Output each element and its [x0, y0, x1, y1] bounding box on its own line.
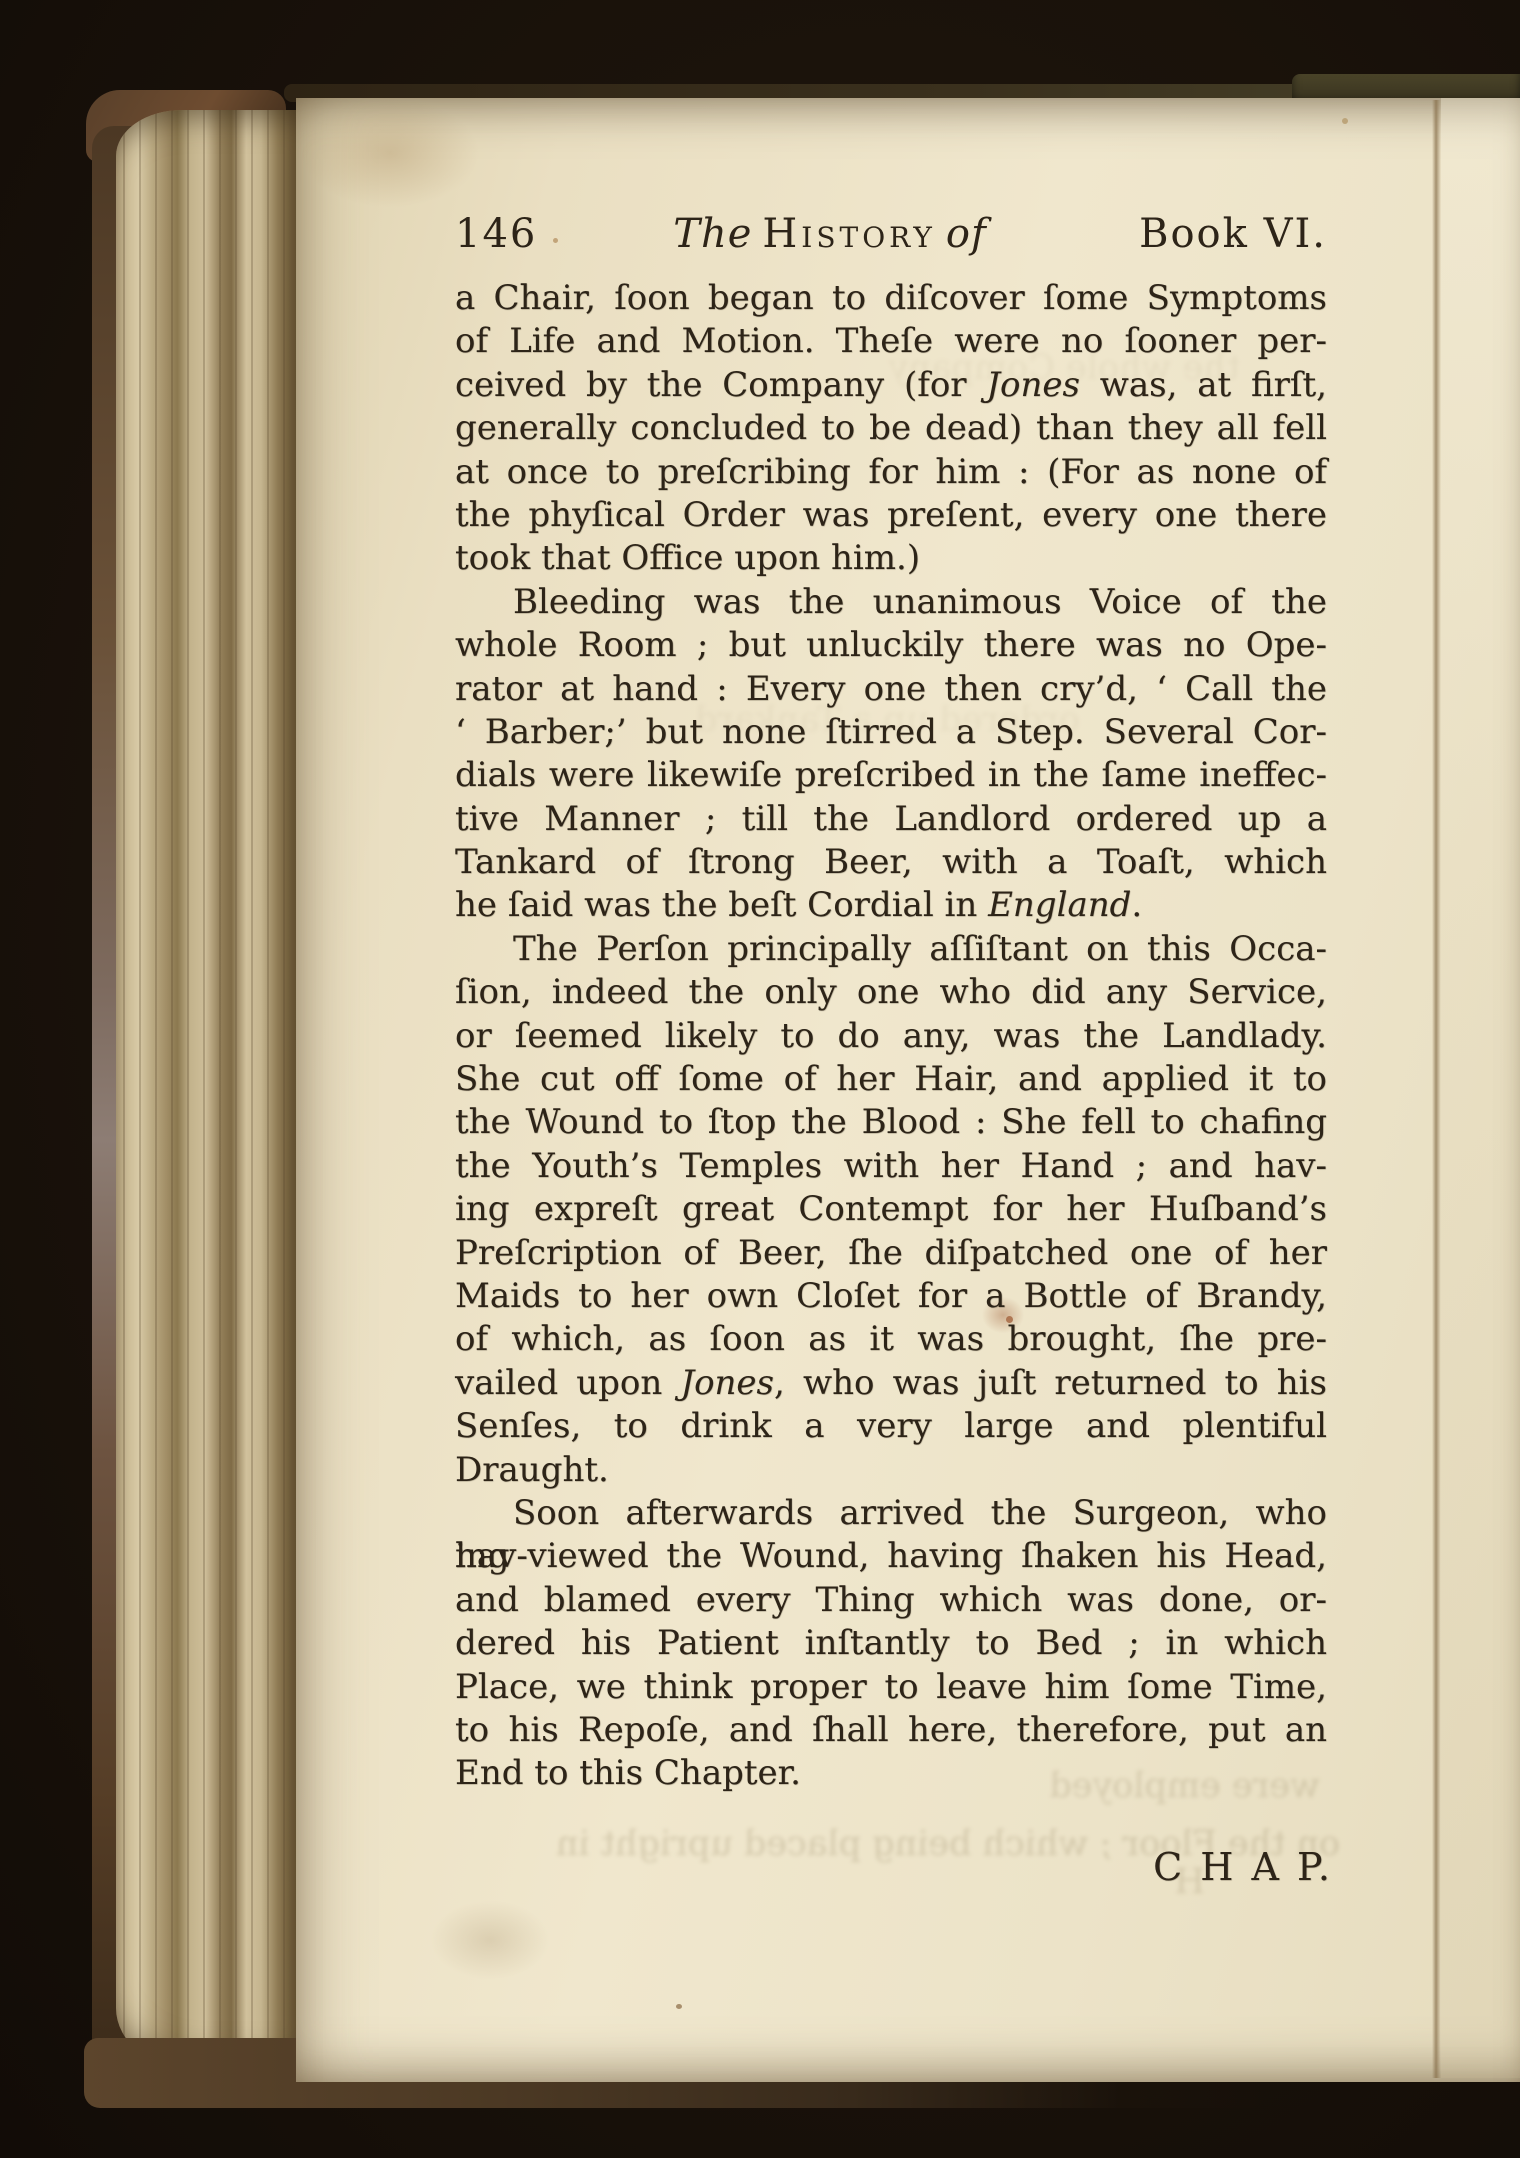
text-line: ‘ Barber;’ but none ſtirred a Step. Seve… — [455, 711, 1327, 754]
text-line: generally concluded to be dead) than the… — [455, 407, 1327, 450]
foxing-speck — [676, 2004, 682, 2009]
running-title-the: The — [673, 211, 752, 257]
page-edge-stack — [116, 110, 302, 2072]
book-label: Book VI. — [1139, 210, 1327, 258]
text-line: ing viewed the Wound, having ſhaken his … — [455, 1535, 1327, 1578]
text-line: Place, we think proper to leave him ſome… — [455, 1666, 1327, 1709]
book-photo: { "page": { "number": "146", "running_ti… — [0, 0, 1520, 2158]
text-line: the Youth’s Temples with her Hand ; and … — [455, 1145, 1327, 1188]
text-line: Preſcription of Beer, ſhe diſpatched one… — [455, 1232, 1327, 1275]
running-title: TheHistoryof — [563, 210, 1097, 258]
running-header: 146 TheHistoryof Book VI. — [455, 210, 1327, 258]
text-line: She cut off ſome of her Hair, and applie… — [455, 1058, 1327, 1101]
text-line: whole Room ; but unluckily there was no … — [455, 624, 1327, 667]
text-line: dered his Patient inſtantly to Bed ; in … — [455, 1622, 1327, 1665]
text-line: Soon afterwards arrived the Surgeon, who… — [455, 1492, 1327, 1535]
text-line: ceived by the Company (for Jones was, at… — [455, 364, 1327, 407]
running-title-of: of — [946, 211, 987, 257]
text-line: ing expreſt great Contempt for her Huſba… — [455, 1188, 1327, 1231]
text-line: vailed upon Jones, who was juſt returned… — [455, 1362, 1327, 1405]
text-line: dials were likewiſe preſcribed in the ſa… — [455, 754, 1327, 797]
page-crease-line — [1432, 100, 1441, 2078]
text-line: The Perſon principally aſſiſtant on this… — [455, 928, 1327, 971]
text-line: the phyſical Order was preſent, every on… — [455, 494, 1327, 537]
foxing-speck — [1342, 118, 1348, 124]
text-line: Bleeding was the unanimous Voice of the — [455, 581, 1327, 624]
catchword: C H A P. — [1093, 1845, 1333, 1889]
text-line: and blamed every Thing which was done, o… — [455, 1579, 1327, 1622]
text-line: a Chair, ſoon began to diſcover ſome Sym… — [455, 277, 1327, 320]
text-line: rator at hand : Every one then cry’d, ‘ … — [455, 668, 1327, 711]
text-line: of which, as ſoon as it was brought, ſhe… — [455, 1318, 1327, 1361]
printed-text-block: 146 TheHistoryof Book VI. a Chair, ſoon … — [455, 210, 1327, 1796]
text-line: Senſes, to drink a very large and plenti… — [455, 1405, 1327, 1448]
text-line: tive Manner ; till the Landlord ordered … — [455, 798, 1327, 841]
text-line: the Wound to ſtop the Blood : She fell t… — [455, 1101, 1327, 1144]
page-gutter-area — [1441, 98, 1520, 2078]
text-line: Maids to her own Cloſet for a Bottle of … — [455, 1275, 1327, 1318]
text-line: to his Repoſe, and ſhall here, therefore… — [455, 1709, 1327, 1752]
text-line: Tankard of ſtrong Beer, with a Toaſt, wh… — [455, 841, 1327, 884]
body-text: a Chair, ſoon began to diſcover ſome Sym… — [455, 277, 1327, 1796]
text-line: of Life and Motion. Theſe were no ſooner… — [455, 320, 1327, 363]
text-line: at once to preſcribing for him : (For as… — [455, 451, 1327, 494]
running-title-history: History — [752, 211, 945, 257]
text-line: ſion, indeed the only one who did any Se… — [455, 971, 1327, 1014]
text-line: or ſeemed likely to do any, was the Land… — [455, 1015, 1327, 1058]
